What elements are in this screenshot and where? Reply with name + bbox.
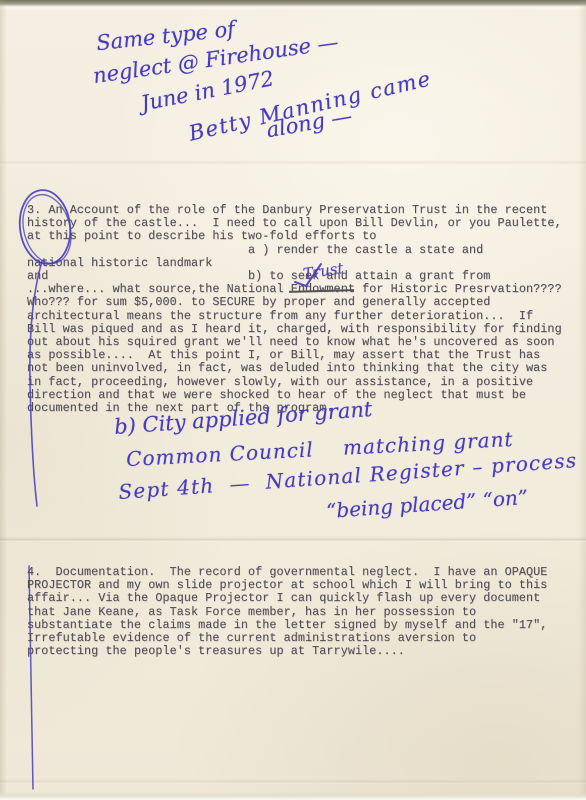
typed-paragraph-4: 4. Documentation. The record of governme…	[27, 566, 547, 658]
scan-right-edge	[578, 0, 586, 800]
scanned-letter-page: Same type of neglect @ Firehouse — June …	[0, 0, 586, 800]
typed-line: not been uninvolved, in fact, was delude…	[27, 362, 562, 375]
typed-line: a ) render the castle a state and	[27, 244, 562, 257]
typed-line: protecting the people's treasures up at …	[27, 645, 547, 658]
scan-bottom-edge	[0, 792, 586, 800]
fold-crease-upper	[0, 160, 586, 165]
typed-line: at this point to describe his two-fold e…	[27, 230, 562, 243]
typed-line: Who??? for sum $5,000. to SECURE by prop…	[27, 296, 562, 309]
scan-top-edge	[0, 0, 586, 10]
fold-crease-lower	[0, 537, 586, 542]
typed-line: that Jane Keane, as Task Force member, h…	[27, 606, 547, 619]
handwritten-note-mid-line: “being placed” “on”	[325, 485, 528, 523]
typed-line: affair... Via the Opaque Projector I can…	[27, 592, 547, 605]
typed-line: architectural means the structure from a…	[27, 310, 562, 323]
typed-paragraph-3: 3. An Account of the role of the Danbury…	[27, 204, 562, 415]
fold-crease-bottom	[0, 779, 586, 784]
typed-line: in fact, proceeding, however slowly, wit…	[27, 376, 562, 389]
scan-left-edge	[0, 0, 7, 800]
